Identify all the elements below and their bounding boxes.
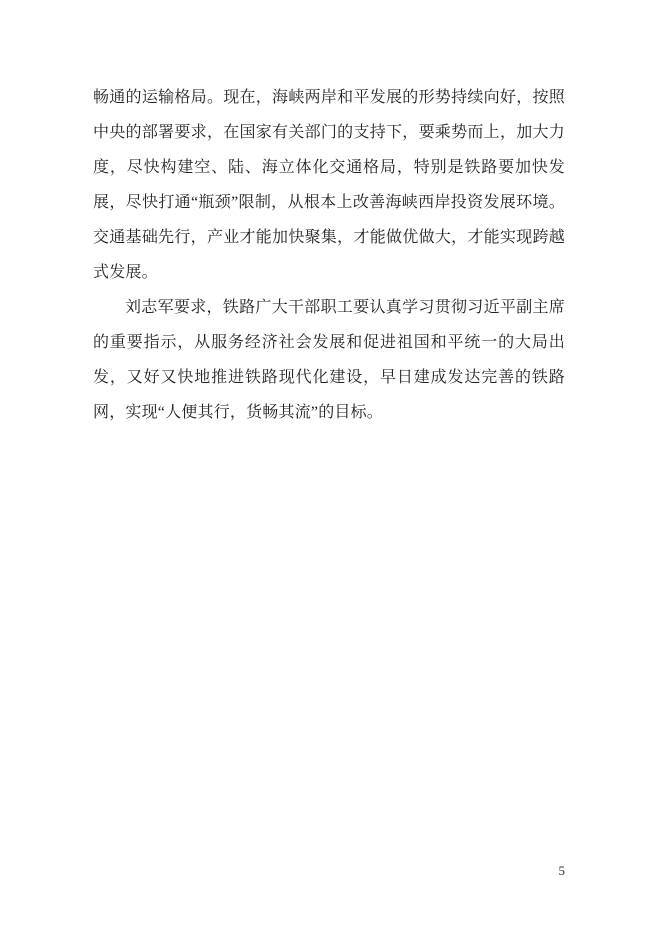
paragraph: 刘志军要求，铁路广大干部职工要认真学习贯彻习近平副主席的重要指示，从服务经济社会… bbox=[93, 290, 565, 430]
document-body: 畅通的运输格局。现在，海峡两岸和平发展的形势持续向好，按照中央的部署要求，在国家… bbox=[93, 80, 565, 430]
document-page: 畅通的运输格局。现在，海峡两岸和平发展的形势持续向好，按照中央的部署要求，在国家… bbox=[0, 0, 661, 935]
paragraph: 畅通的运输格局。现在，海峡两岸和平发展的形势持续向好，按照中央的部署要求，在国家… bbox=[93, 80, 565, 290]
page-number: 5 bbox=[559, 862, 566, 880]
